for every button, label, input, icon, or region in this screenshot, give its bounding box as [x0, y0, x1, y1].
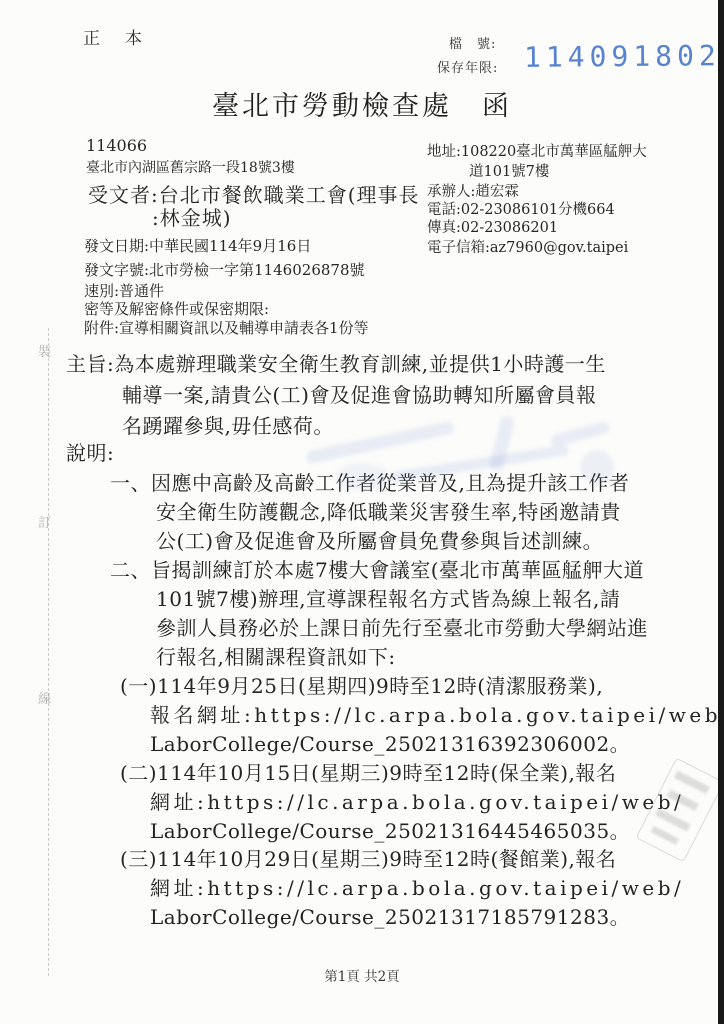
archive-stamp-number: 114091802: [524, 39, 721, 74]
course-line: (一)114年9月25日(星期四)9時至12時(清潔服務業),: [120, 670, 603, 699]
subject-line: 輔導一案,請貴公(工)會及促進會協助轉知所屬會員報: [122, 379, 596, 408]
explanation-item-line: 二、旨揭訓練訂於本處7樓大會議室(臺北市萬華區艋舺大道: [110, 554, 644, 583]
binding-mark-xian: 線: [38, 688, 51, 707]
explanation-item-line: 公(工)會及促進會及所屬會員免費參與旨述訓練。: [156, 525, 603, 554]
sender-fax: 傳真:02-23086201: [427, 216, 558, 237]
meta-security-level: 密等及解密條件或保密期限:: [84, 298, 269, 319]
explanation-label: 說明:: [66, 437, 114, 466]
explanation-item-line: 安全衛生防護觀念,降低職業災害發生率,特函邀請貴: [156, 496, 621, 525]
binding-mark-ding: 訂: [38, 512, 51, 531]
explanation-item-line: 行報名,相關課程資訊如下:: [156, 641, 396, 670]
document-page: 正 本 檔 號: 保存年限: 114091802 臺北市勞動檢查處 函 1140…: [0, 0, 724, 1024]
course-line: (二)114年10月15日(星期三)9時至12時(保全業),報名: [120, 757, 616, 786]
registration-url: LaborCollege/Course_25021316445465035。: [150, 815, 630, 844]
registration-url: 網址:https://lc.arpa.bola.gov.taipei/web/: [150, 786, 684, 815]
binding-mark-zhuang: 裝: [38, 341, 51, 360]
registration-url: 報名網址:https://lc.arpa.bola.gov.taipei/web…: [150, 699, 724, 728]
subject-line: 名踴躍參與,毋任感荷。: [122, 410, 334, 439]
document-title: 臺北市勞動檢查處 函: [0, 84, 724, 123]
scan-edge-shadow: [718, 0, 724, 1024]
received-stamp: [636, 758, 724, 863]
explanation-item-line: 101號7樓)辦理,宣導課程報名方式皆為線上報名,請: [156, 583, 620, 612]
registration-url: LaborCollege/Course_25021317185791283。: [150, 901, 630, 930]
recipient-address: 臺北市內湖區舊宗路一段18號3樓: [86, 157, 295, 177]
copy-label: 正 本: [83, 24, 146, 49]
meta-issue-date: 發文日期:中華民國114年9月16日: [84, 235, 311, 256]
subject-line: 主旨:為本處辦理職業安全衛生教育訓練,並提供1小時護一生: [66, 348, 606, 377]
course-line: (三)114年10月29日(星期三)9時至12時(餐館業),報名: [120, 843, 616, 872]
registration-url: LaborCollege/Course_25021316392306002。: [150, 728, 630, 757]
retention-label: 保存年限:: [437, 57, 498, 76]
meta-doc-number: 發文字號:北市勞檢一字第1146026878號: [84, 259, 365, 280]
recipient-name-line1: 受文者:台北市餐飲職業工會(理事長: [88, 179, 420, 208]
binding-dashed-line: [48, 328, 49, 976]
explanation-item-line: 參訓人員務必於上課日前先行至臺北市勞動大學網站進: [156, 612, 648, 641]
sender-address-line1: 地址:108220臺北市萬華區艋舺大: [427, 140, 647, 161]
sender-email: 電子信箱:az7960@gov.taipei: [427, 236, 628, 257]
sender-address-line2: 道101號7樓: [469, 160, 549, 181]
registration-url: 網址:https://lc.arpa.bola.gov.taipei/web/: [150, 872, 684, 901]
recipient-code: 114066: [86, 136, 147, 155]
file-number-label: 檔 號:: [449, 33, 496, 52]
recipient-name-line2: :林金城): [152, 202, 232, 231]
page-footer: 第1頁 共2頁: [0, 965, 724, 985]
meta-attachment: 附件:宣導相關資訊以及輔導申請表各1份等: [84, 317, 369, 338]
explanation-item-line: 一、因應中高齡及高齡工作者從業普及,且為提升該工作者: [110, 467, 629, 496]
